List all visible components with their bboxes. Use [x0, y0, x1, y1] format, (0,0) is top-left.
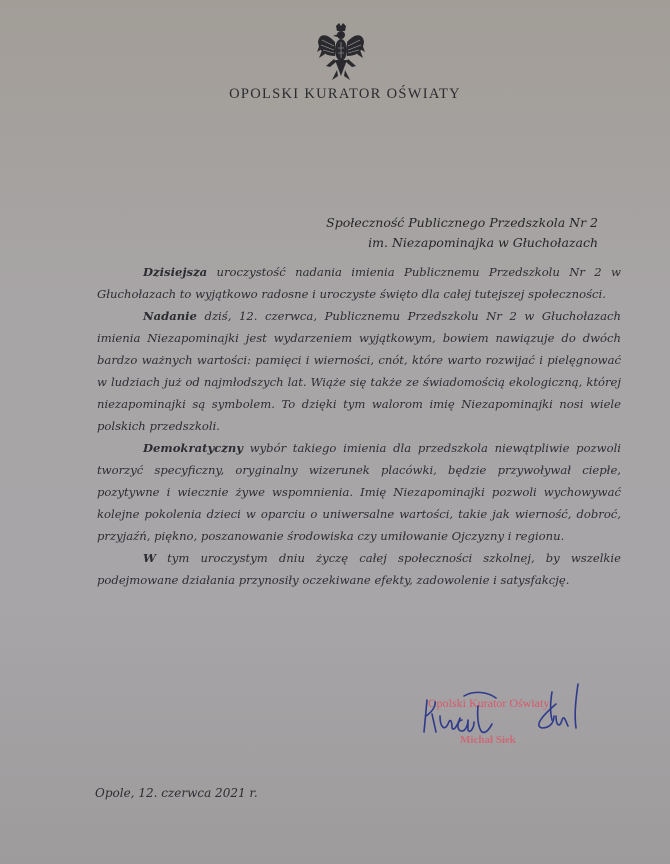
paragraph-4: W tym uroczystym dniu życzę całej społec…: [97, 547, 621, 591]
place-and-date: Opole, 12. czerwca 2021 r.: [95, 786, 258, 800]
signature-block: Opolski Kurator Oświaty Michał Siek: [402, 676, 622, 756]
recipient-address: Społeczność Publicznego Przedszkola Nr 2…: [326, 213, 598, 253]
letter-page: OPOLSKI KURATOR OŚWIATY Społeczność Publ…: [0, 0, 670, 864]
paragraph-text: wybór takiego imienia dla przedszkola ni…: [97, 441, 621, 543]
paragraph-text: dziś, 12. czerwca, Publicznemu Przedszko…: [97, 309, 621, 433]
paragraph-initial: Nadanie: [143, 309, 197, 323]
paragraph-1: Dzisiejsza uroczystość nadania imienia P…: [97, 261, 621, 305]
institution-name: OPOLSKI KURATOR OŚWIATY: [0, 86, 670, 103]
paragraph-initial: Dzisiejsza: [143, 265, 207, 279]
paragraph-2: Nadanie dziś, 12. czerwca, Publicznemu P…: [97, 305, 621, 437]
recipient-line-2: im. Niezapominajka w Głuchołazach: [326, 233, 598, 253]
polish-eagle-emblem-icon: [316, 22, 366, 86]
paragraph-3: Demokratyczny wybór takiego imienia dla …: [97, 437, 621, 547]
handwritten-signature-icon: [402, 676, 622, 756]
paragraph-text: tym uroczystym dniu życzę całej społeczn…: [97, 551, 621, 587]
paragraph-initial: W: [143, 551, 156, 565]
paragraph-initial: Demokratyczny: [143, 441, 243, 455]
letter-body: Dzisiejsza uroczystość nadania imienia P…: [97, 261, 621, 591]
recipient-line-1: Społeczność Publicznego Przedszkola Nr 2: [326, 213, 598, 233]
